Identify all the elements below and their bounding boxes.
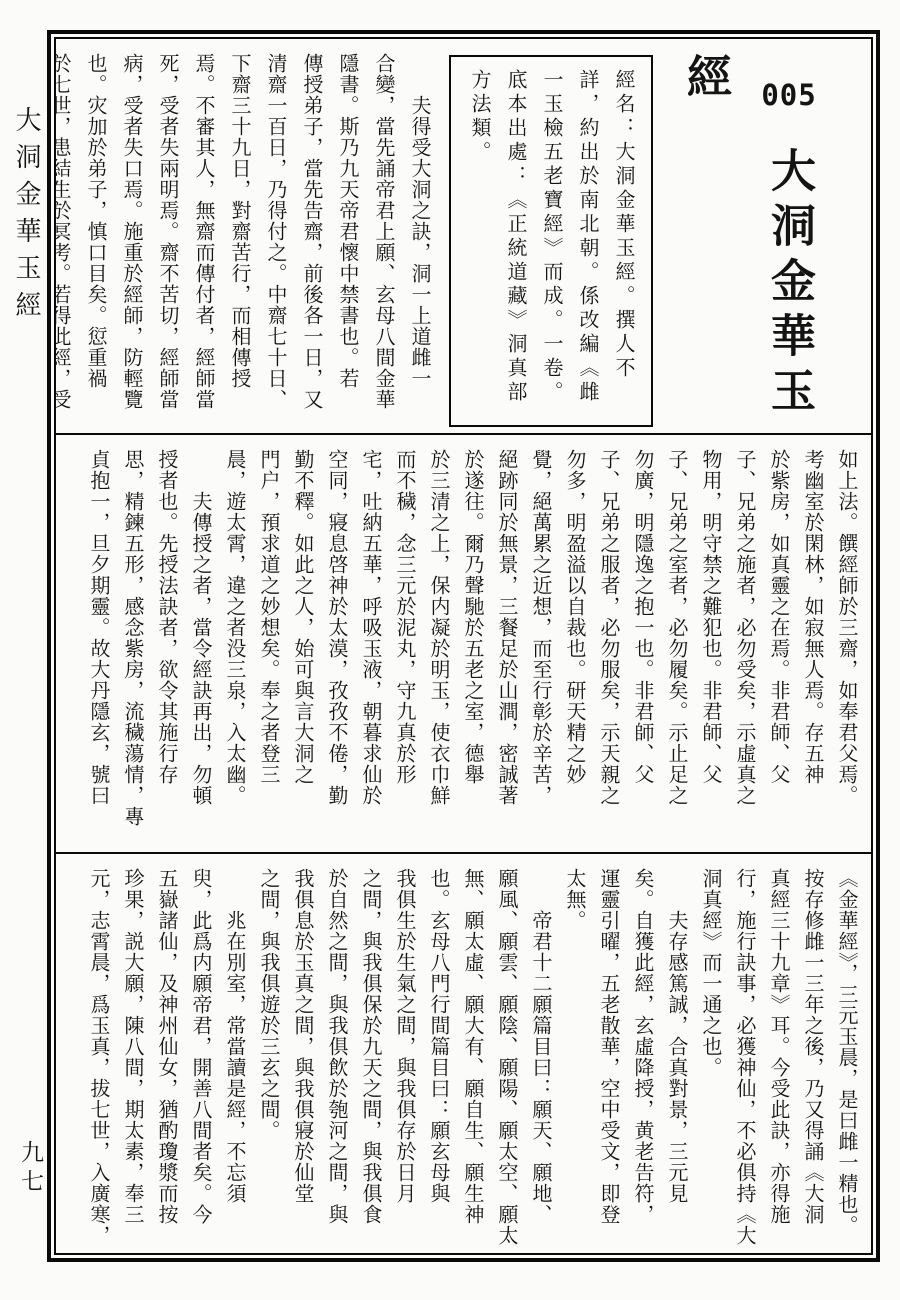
text-column: 死，受者失兩明焉。齋不苦切，經師當 bbox=[149, 53, 185, 427]
info-box-column: 詳，約出於南北朝。係改編《雌 bbox=[569, 69, 605, 417]
scripture-number: 005 bbox=[761, 53, 816, 137]
text-column: 臾，此爲内願帝君，開善八間者矣。今 bbox=[183, 868, 217, 1247]
spine-title: 大洞金華玉經 bbox=[8, 106, 45, 328]
text-column: 勤不釋。如此之人，始可與言大洞之 bbox=[285, 449, 319, 846]
text-column: 於遂往。爾乃聲馳於五老之室，德舉 bbox=[455, 449, 489, 846]
text-column: 於自然之間，與我俱飲於匏河之間，與 bbox=[319, 868, 353, 1247]
text-column: 下齋三十九日，對齋苦行，而相傳授 bbox=[221, 53, 257, 427]
text-column: 晨，遊太霄，違之者没三泉，入太幽。 bbox=[217, 449, 251, 846]
text-column: 授者也。先授法訣者，欲令其施行存 bbox=[149, 449, 183, 846]
text-column: 願風、願雲、願陰、願陽、願太空、願太 bbox=[489, 868, 523, 1247]
bibliographic-info-box: 經名：大洞金華玉經。撰人不 詳，約出於南北朝。係改編《雌 一玉檢五老寶經》而成。… bbox=[449, 55, 653, 427]
text-column: 子、兄弟之室者，必勿履矣。示止足之 bbox=[659, 449, 693, 846]
info-box-column: 方法類。 bbox=[461, 69, 497, 417]
text-column: 矣。自獲此經，玄虛降授，黄老告符， bbox=[625, 868, 659, 1247]
info-box-column: 底本出處：《正統道藏》洞真部 bbox=[497, 69, 533, 417]
text-column: 勿多，明盈溢以自裁也。研天精之妙 bbox=[557, 449, 591, 846]
text-column: 真經三十九章》耳。今受此訣，亦得施 bbox=[761, 868, 795, 1247]
text-column: 也。灾加於弟子，慎口目矣。愆重禍 bbox=[77, 53, 113, 427]
text-column: 如上法。饌經師於三齋，如奉君父焉。 bbox=[829, 449, 863, 846]
text-column: 五嶽諸仙，及神州仙女，猶酌瓊漿而按 bbox=[149, 868, 183, 1247]
text-column: 焉。不審其人，無齋而傳付者，經師當 bbox=[185, 53, 221, 427]
text-column: 病，受者失口焉。施重於經師，防輕覽 bbox=[113, 53, 149, 427]
folio-number: 九七 bbox=[14, 1140, 47, 1198]
text-column: 考幽室於閑林，如寂無人焉。存五神 bbox=[795, 449, 829, 846]
text-column: 運靈引曜，五老散華，空中受文，即登 bbox=[591, 868, 625, 1247]
text-column: 夫傳授之者，當令經訣再出，勿頓 bbox=[183, 449, 217, 846]
text-column: 貞抱一，旦夕期靈。故大丹隱玄，號曰 bbox=[81, 449, 115, 846]
band-middle: 如上法。饌經師於三齋，如奉君父焉。 考幽室於閑林，如寂無人焉。存五神 於紫房，如… bbox=[56, 435, 871, 852]
text-column: 隱書。斯乃九天帝君懷中禁書也。若 bbox=[329, 53, 365, 427]
text-column: 按存修雌一三年之後，乃又得誦《大洞 bbox=[795, 868, 829, 1247]
band-top: 005大洞金華玉經 經名：大洞金華玉經。撰人不 詳，約出於南北朝。係改編《雌 一… bbox=[56, 39, 871, 433]
scripture-title-column: 005大洞金華玉經 bbox=[663, 53, 831, 427]
text-column: 之間，與我俱遊於三玄之間。 bbox=[251, 868, 285, 1247]
text-column: 太無。 bbox=[557, 868, 591, 1247]
text-column: 傳授弟子，當先告齋，前後各一日，又 bbox=[293, 53, 329, 427]
info-box-column: 一玉檢五老寶經》而成。一卷。 bbox=[533, 69, 569, 417]
text-column: 夫得受大洞之訣，洞一上道雌一 bbox=[401, 53, 437, 427]
text-column: 我俱生於生氣之間，與我俱存於日月 bbox=[387, 868, 421, 1247]
text-column: 宅，吐納五華，呼吸玉液，朝暮求仙於 bbox=[353, 449, 387, 846]
text-column: 珍果，説大願，陳八間，期太素，奉三 bbox=[115, 868, 149, 1247]
page-frame-inner: 005大洞金華玉經 經名：大洞金華玉經。撰人不 詳，約出於南北朝。係改編《雌 一… bbox=[54, 37, 873, 1255]
text-column: 兆在別室，常當讀是經，不忘須 bbox=[217, 868, 251, 1247]
scanned-scripture-page: { "page": { "spine_label": "大洞金華玉經", "fo… bbox=[0, 0, 900, 1300]
text-column: 物用，明守禁之難犯也。非君師、父 bbox=[693, 449, 727, 846]
text-column: 清齋一百日，乃得付之。中齋七十日、 bbox=[257, 53, 293, 427]
text-column: 於紫房，如真靈之在焉。非君師、父 bbox=[761, 449, 795, 846]
text-column: 洞真經》而一通之也。 bbox=[693, 868, 727, 1247]
text-column: 子、兄弟之服者，必勿服矣，示天親之 bbox=[591, 449, 625, 846]
text-column: 行，施行訣事，必獲神仙，不必俱持《大 bbox=[727, 868, 761, 1247]
text-column: 空同，寢息啓神於太漠，孜孜不倦，勤 bbox=[319, 449, 353, 846]
text-column: 帝君十二願篇目曰：願天、願地、 bbox=[523, 868, 557, 1247]
page-frame: 005大洞金華玉經 經名：大洞金華玉經。撰人不 詳，約出於南北朝。係改編《雌 一… bbox=[47, 30, 880, 1262]
text-column: 元，志霄晨，爲玉真，拔七世，入廣寒， bbox=[81, 868, 115, 1247]
text-column: 子、兄弟之施者，必勿受矣，示虛真之 bbox=[727, 449, 761, 846]
text-column: 我俱息於玉真之間，與我俱寢於仙堂 bbox=[285, 868, 319, 1247]
text-column: 門户，預求道之妙想矣。奉之者登三 bbox=[251, 449, 285, 846]
text-column: 於三清之上，保内凝於明玉，使衣巾鮮 bbox=[421, 449, 455, 846]
band-bottom: 《金華經》，三元玉晨，是曰雌一精也。 按存修雌一三年之後，乃又得誦《大洞 真經三… bbox=[56, 854, 871, 1253]
text-column: 《金華經》，三元玉晨，是曰雌一精也。 bbox=[829, 868, 863, 1247]
text-column: 絕跡同於無景，三餐足於山澗，密誠著 bbox=[489, 449, 523, 846]
text-column: 於七世，患結生於冥考。若得此經，受 bbox=[56, 53, 77, 427]
text-column: 勿廣，明隱逸之抱一也。非君師、父 bbox=[625, 449, 659, 846]
info-box-column: 經名：大洞金華玉經。撰人不 bbox=[605, 69, 641, 417]
text-column: 覺，絕萬累之近想，而至行彰於辛苦， bbox=[523, 449, 557, 846]
text-column: 也。玄母八門行間篇目曰：願玄母與 bbox=[421, 868, 455, 1247]
text-column: 無、願太虛、願大有、願自生、願生神 bbox=[455, 868, 489, 1247]
text-column: 而不穢，念三元於泥丸，守九真於形 bbox=[387, 449, 421, 846]
text-column: 夫存感篤誠，合真對景，三元見 bbox=[659, 868, 693, 1247]
text-column: 合變，當先誦帝君上願、玄母八間金華 bbox=[365, 53, 401, 427]
text-column: 思，精鍊五形，感念紫房，流穢蕩情，專 bbox=[115, 449, 149, 846]
text-column: 之間，與我俱保於九天之間，與我俱食 bbox=[353, 868, 387, 1247]
